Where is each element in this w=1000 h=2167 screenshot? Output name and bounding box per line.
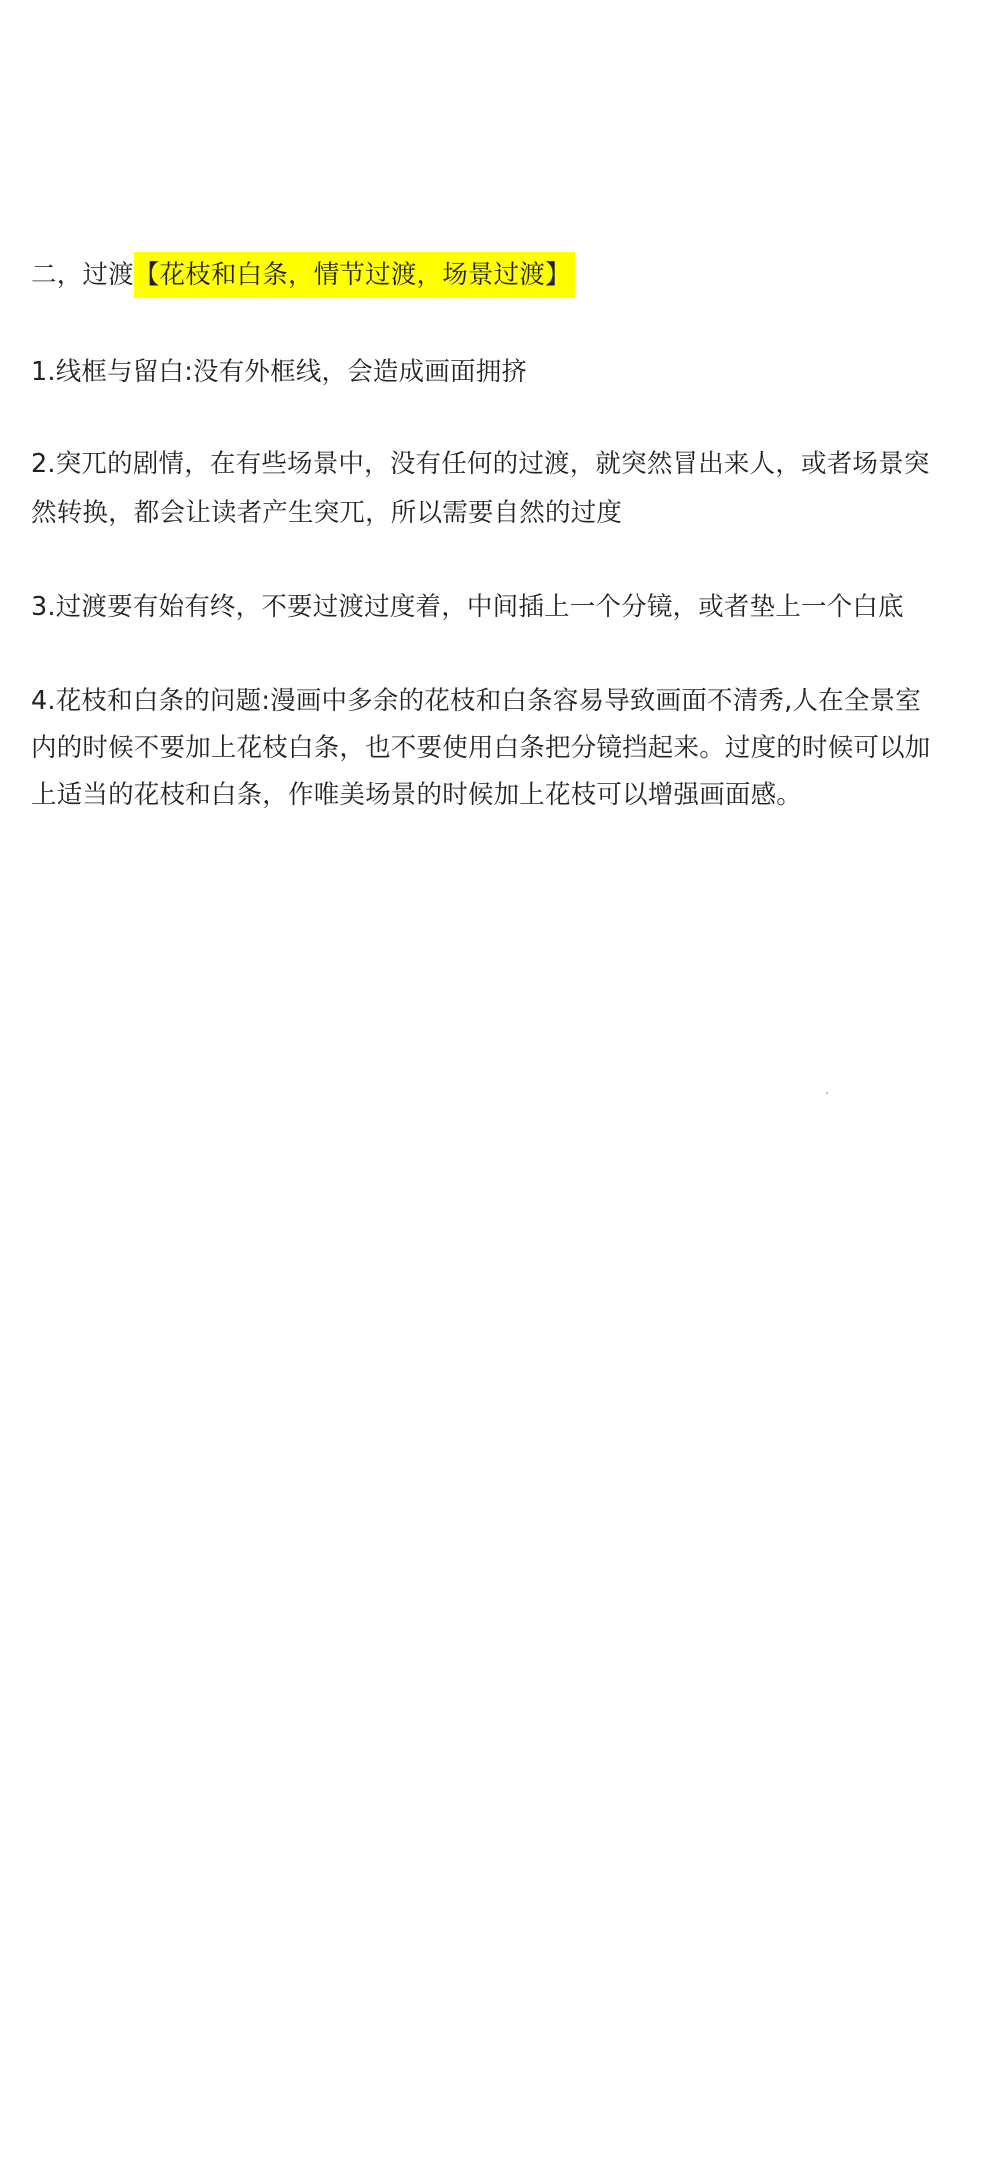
section-heading: 二，过渡【花枝和白条，情节过渡，场景过渡】 <box>31 252 575 298</box>
paragraph-4-line-1: 4.花枝和白条的问题:漫画中多余的花枝和白条容易导致画面不清秀,人在全景室 <box>31 678 921 725</box>
paragraph-2-line-2: 然转换，都会让读者产生突兀，所以需要自然的过度 <box>31 490 622 537</box>
heading-prefix: 二，过渡 <box>31 260 134 290</box>
heading-highlighted-text: 【花枝和白条，情节过渡，场景过渡】 <box>134 252 575 298</box>
stray-dot <box>826 1092 828 1094</box>
paragraph-4-line-3: 上适当的花枝和白条，作唯美场景的时候加上花枝可以增强画面感。 <box>31 772 802 819</box>
paragraph-2-line-1: 2.突兀的剧情，在有些场景中，没有任何的过渡，就突然冒出来人，或者场景突 <box>31 441 930 488</box>
paragraph-1: 1.线框与留白:没有外框线，会造成画面拥挤 <box>31 349 527 396</box>
paragraph-3: 3.过渡要有始有终，不要过渡过度着，中间插上一个分镜，或者垫上一个白底 <box>31 584 904 631</box>
paragraph-4-line-2: 内的时候不要加上花枝白条，也不要使用白条把分镜挡起来。过度的时候可以加 <box>31 725 931 772</box>
